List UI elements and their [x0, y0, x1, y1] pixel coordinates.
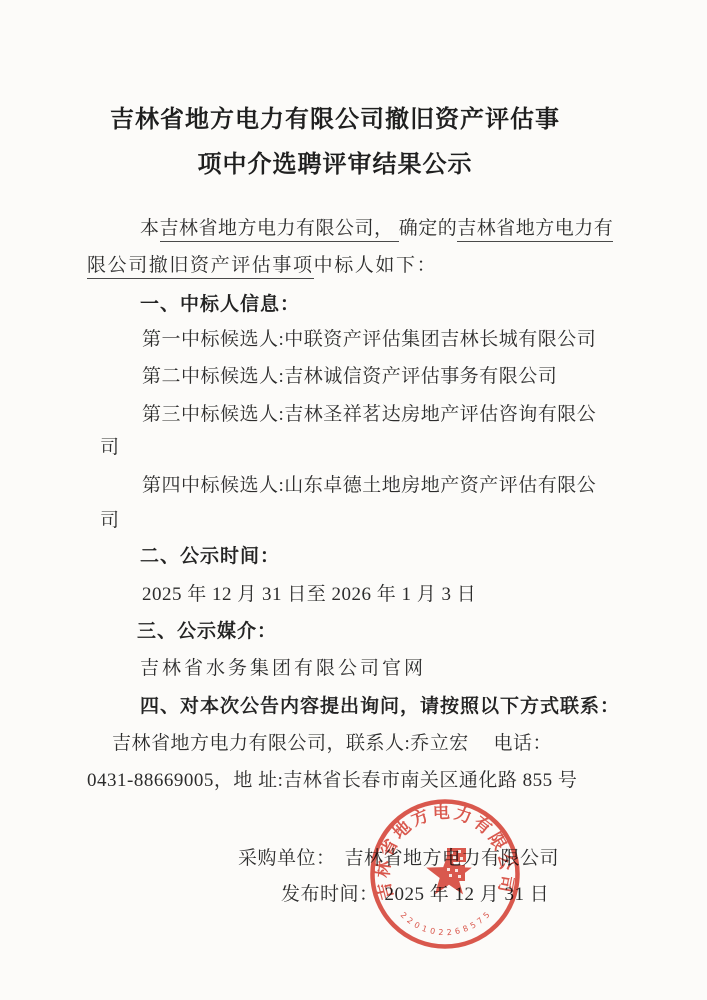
section-4-heading: 四、对本次公告内容提出询问，请按照以下方式联系：	[140, 691, 620, 718]
section-1-heading: 一、中标人信息：	[140, 289, 300, 316]
intro-mid-text: 确定的	[399, 218, 458, 239]
publicity-media-line: 吉林省水务集团有限公司官网	[140, 653, 426, 680]
section-2-heading: 二、公示时间：	[140, 541, 280, 568]
intro-underlined-project-end: 限公司撤旧资产评估事项	[87, 255, 314, 279]
official-seal: 吉林省地方电力有限公司 2201022685756	[357, 786, 533, 962]
purchaser-label: 采购单位：	[238, 848, 336, 869]
scanned-announcement-page: 吉林省地方电力有限公司撤旧资产评估事 项中介选聘评审结果公示 本吉林省地方电力有…	[0, 0, 707, 1000]
intro-tail-text: 中标人如下：	[314, 255, 438, 276]
candidate-4-wrap-line: 司	[100, 505, 120, 532]
intro-paragraph-line-2: 限公司撤旧资产评估事项中标人如下：	[87, 250, 437, 277]
seal-qr-code-mark-upper	[447, 848, 466, 862]
section-3-heading: 三、公示媒介：	[137, 616, 277, 643]
intro-prefix: 本	[140, 218, 160, 239]
document-title-line-1: 吉林省地方电力有限公司撤旧资产评估事	[80, 99, 590, 134]
contact-line-1: 吉林省地方电力有限公司，联系人:乔立宏 电话：	[112, 728, 552, 755]
candidate-3-wrap-line: 司	[100, 432, 120, 459]
intro-underlined-project-start: 吉林省地方电力有	[457, 218, 613, 242]
candidate-3-line: 第三中标候选人:吉林圣祥茗达房地产评估咨询有限公	[142, 399, 596, 426]
document-title-line-2: 项中介选聘评审结果公示	[80, 144, 590, 179]
seal-qr-code-mark-lower	[444, 865, 465, 881]
candidate-2-line: 第二中标候选人:吉林诚信资产评估事务有限公司	[142, 361, 557, 388]
intro-paragraph-line-1: 本吉林省地方电力有限公司， 确定的吉林省地方电力有	[140, 213, 613, 240]
intro-underlined-company: 吉林省地方电力有限公司，	[160, 218, 399, 242]
publicity-period-line: 2025 年 12 月 31 日至 2026 年 1 月 3 日	[142, 579, 476, 606]
candidate-4-line: 第四中标候选人:山东卓德土地房地产资产评估有限公	[142, 470, 596, 497]
candidate-1-line: 第一中标候选人:中联资产评估集团吉林长城有限公司	[142, 324, 596, 351]
official-seal-graphic: 吉林省地方电力有限公司 2201022685756	[357, 786, 533, 962]
